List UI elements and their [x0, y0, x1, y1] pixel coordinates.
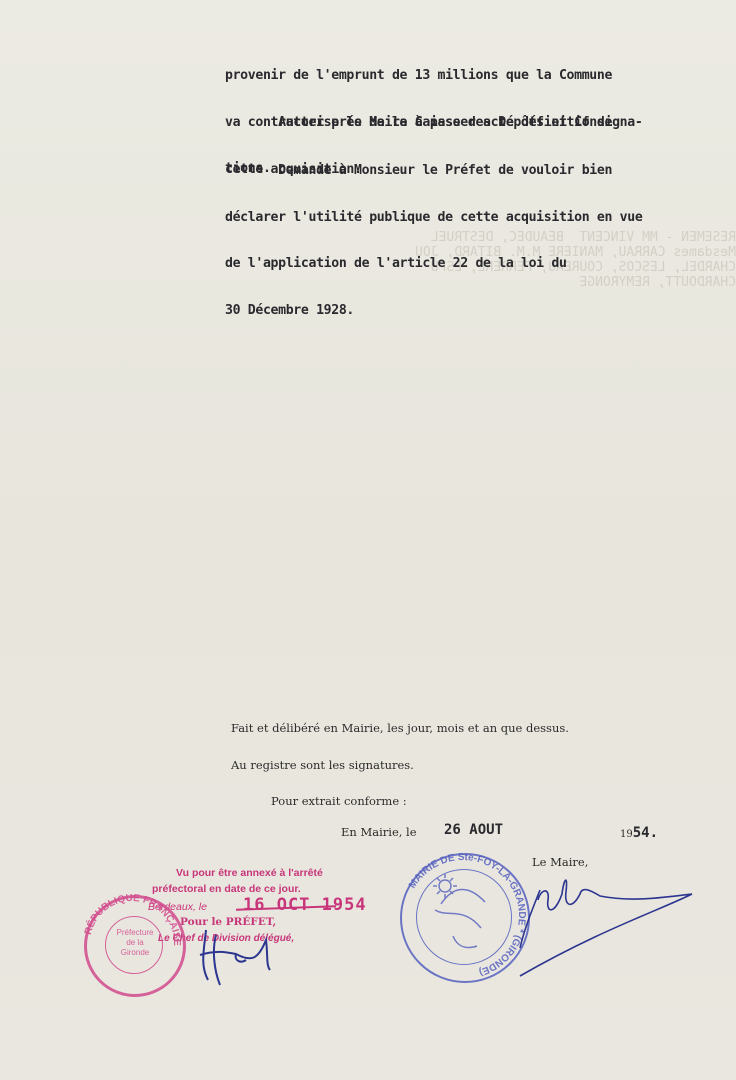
closing-registre: Au registre sont les signatures.: [231, 758, 414, 772]
prefecture-line1: Vu pour être annexé à l'arrêté: [176, 867, 323, 879]
text-line: provenir de l'emprunt de 13 millions que…: [225, 68, 725, 84]
typed-paragraph-demande: Demande à Monsieur le Préfet de vouloir …: [225, 132, 725, 349]
seal-outer-text: RÉPUBLIQUE FRANÇAISE: [77, 888, 187, 998]
text-line: Autorise le Maire à passer acte définiti…: [225, 115, 725, 131]
closing-lieu: En Mairie, le: [341, 825, 417, 839]
year-suffix: 54.: [633, 825, 658, 841]
text-line: de l'application de l'article 22 de la l…: [225, 256, 725, 272]
year-prefix: 19: [620, 829, 633, 840]
signatory-label: Le Maire,: [532, 855, 588, 869]
text-line: Demande à Monsieur le Préfet de vouloir …: [225, 163, 725, 179]
prefecture-signature-icon: [196, 920, 316, 990]
svg-text:RÉPUBLIQUE FRANÇAISE: RÉPUBLIQUE FRANÇAISE: [83, 893, 182, 946]
closing-fait: Fait et délibéré en Mairie, les jour, mo…: [231, 721, 569, 735]
document-page: RESEMEN - MM VINCENT BEAUDEC, DESTRUEL M…: [0, 0, 736, 1080]
closing-date: 26 AOUT: [444, 822, 503, 838]
closing-year: 1954.: [620, 822, 658, 841]
text-line: déclarer l'utilité publique de cette acq…: [225, 210, 725, 226]
mayor-signature-icon: [510, 870, 736, 980]
text-line: 30 Décembre 1928.: [225, 303, 725, 319]
prefecture-date: 16 OCT 1954: [243, 895, 367, 915]
closing-extrait: Pour extrait conforme :: [271, 794, 407, 808]
